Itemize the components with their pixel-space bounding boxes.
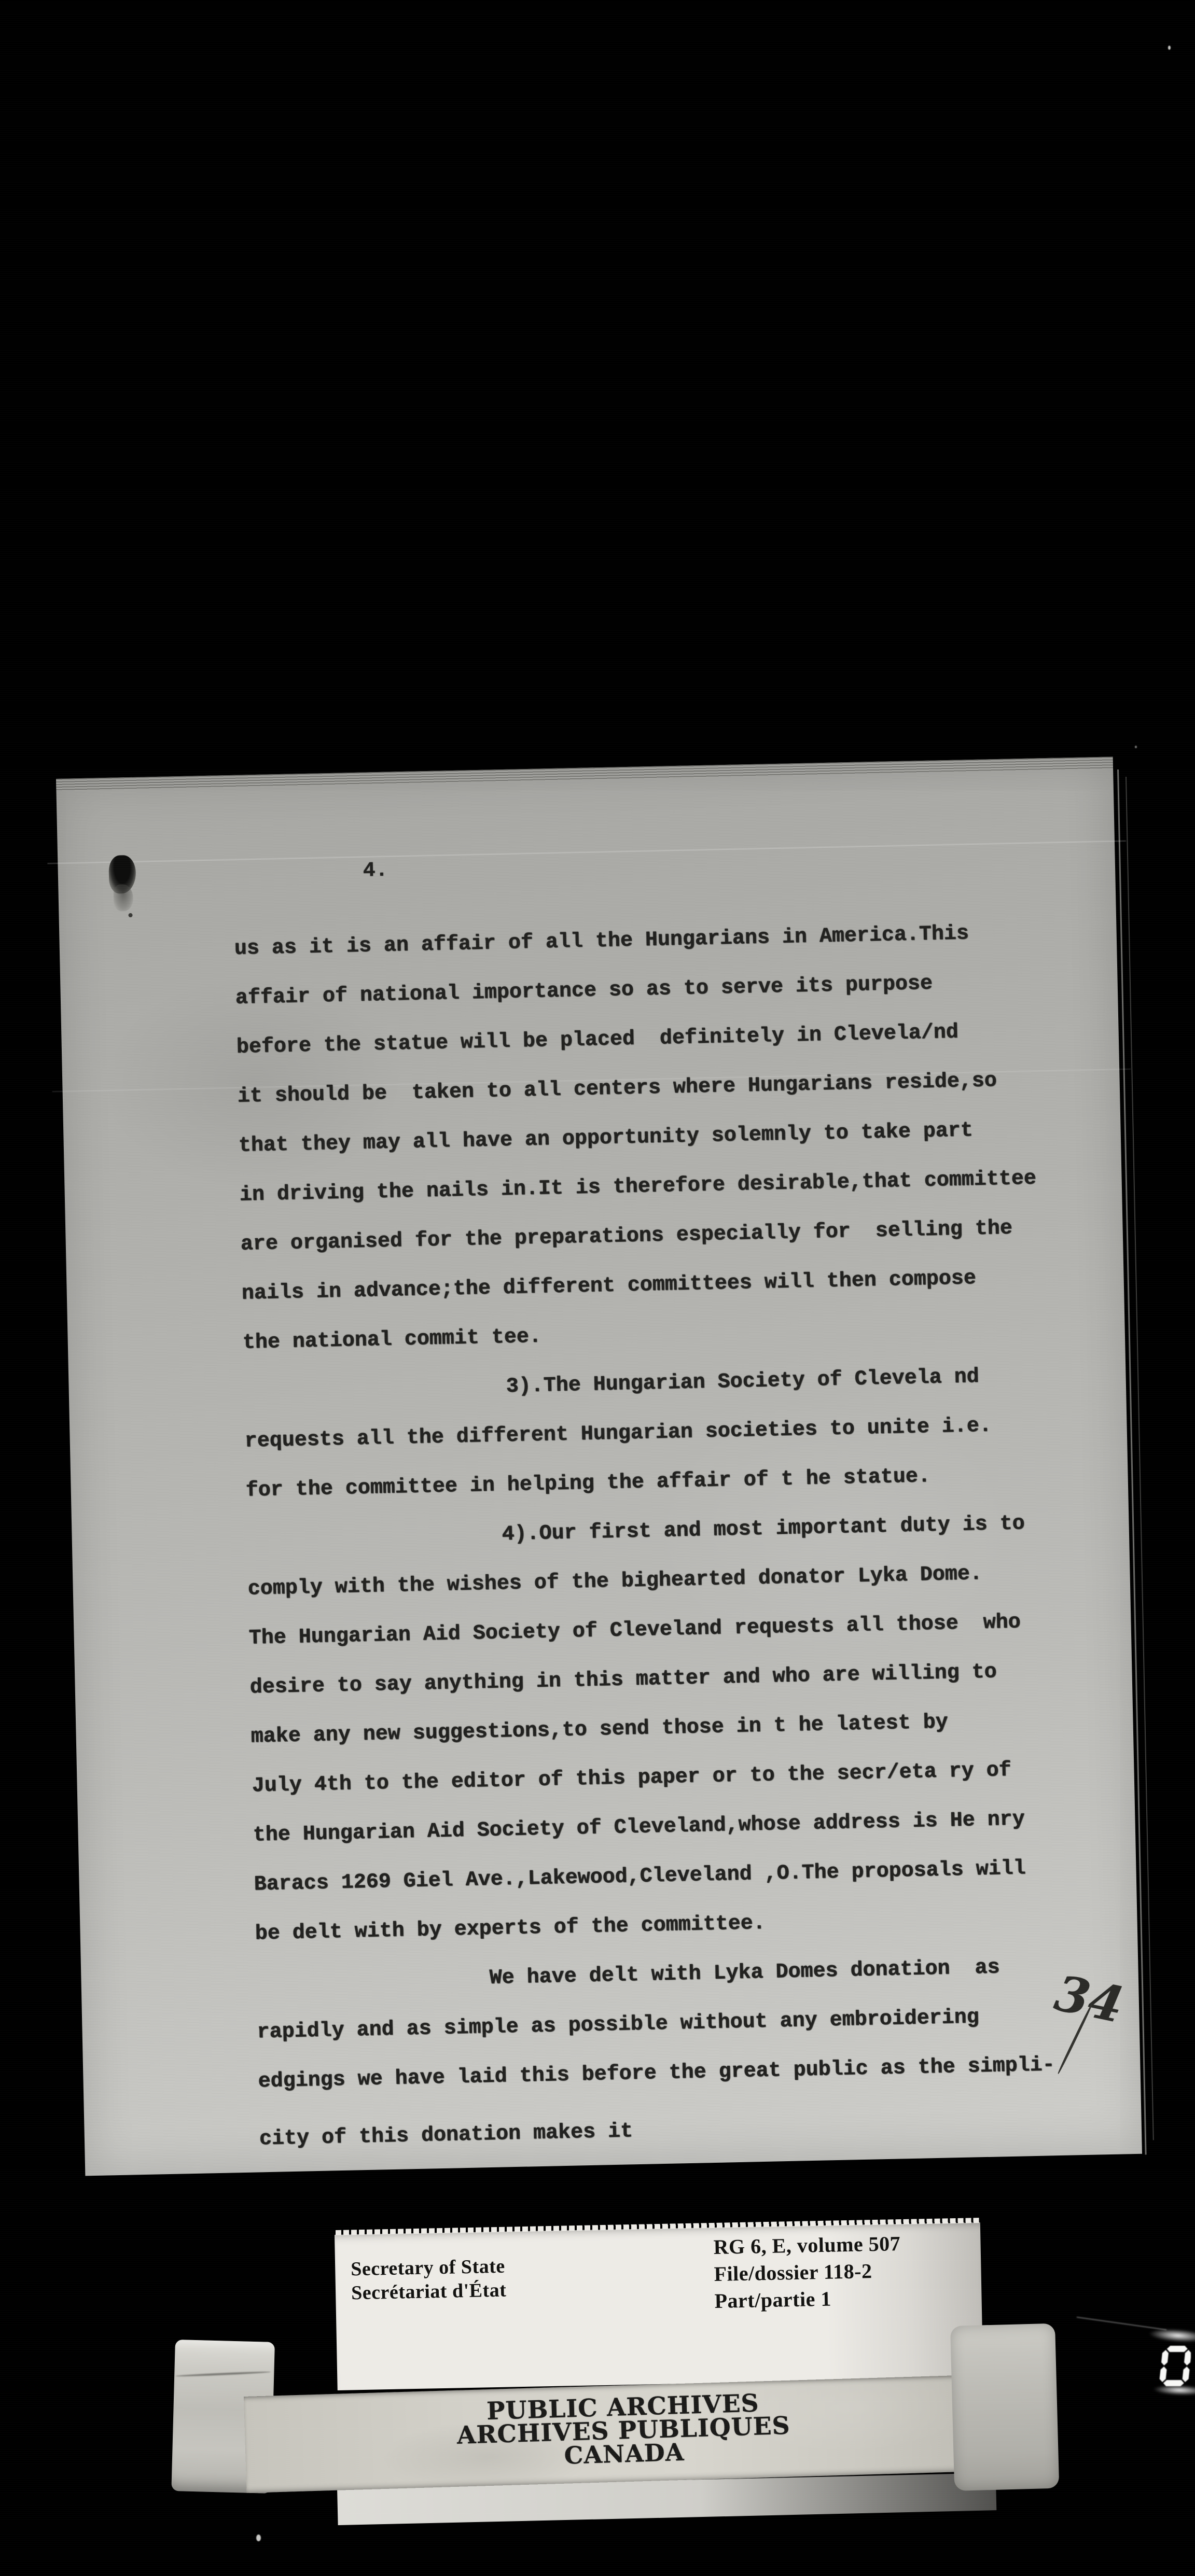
record-group: RG 6, E, volume 507 (713, 2230, 901, 2261)
department-label: Secretary of State Secrétariat d'État (351, 2255, 507, 2305)
microfilm-frame: 4. us as it is an affair of all the Hung… (0, 0, 1195, 2576)
film-speck (1168, 46, 1171, 50)
tape-right (950, 2323, 1059, 2491)
typed-line: city of this donation makes it (259, 2097, 1110, 2164)
film-speck (256, 2535, 261, 2541)
part-number: Part/partie 1 (714, 2284, 902, 2315)
ink-dot (128, 913, 132, 917)
film-scratch (47, 841, 1126, 864)
department-fr: Secrétariat d'État (351, 2278, 507, 2305)
ink-blot (108, 855, 136, 894)
light-streak (1149, 2328, 1195, 2344)
department-en: Secretary of State (351, 2255, 506, 2281)
archive-reference-card: Secretary of State Secrétariat d'État RG… (335, 2222, 983, 2390)
document-page: 4. us as it is an affair of all the Hung… (56, 757, 1142, 2176)
page-top-edge (56, 757, 1113, 791)
handwritten-page-number: 34 (1046, 1965, 1138, 2057)
page-number: 4. (363, 859, 388, 883)
film-speck (1135, 746, 1137, 748)
file-reference: RG 6, E, volume 507 File/dossier 118-2 P… (713, 2230, 902, 2315)
typed-text-block: us as it is an affair of all the Hungari… (234, 907, 1110, 2164)
file-number: File/dossier 118-2 (714, 2257, 901, 2288)
frame-counter-digit (1158, 2343, 1191, 2389)
